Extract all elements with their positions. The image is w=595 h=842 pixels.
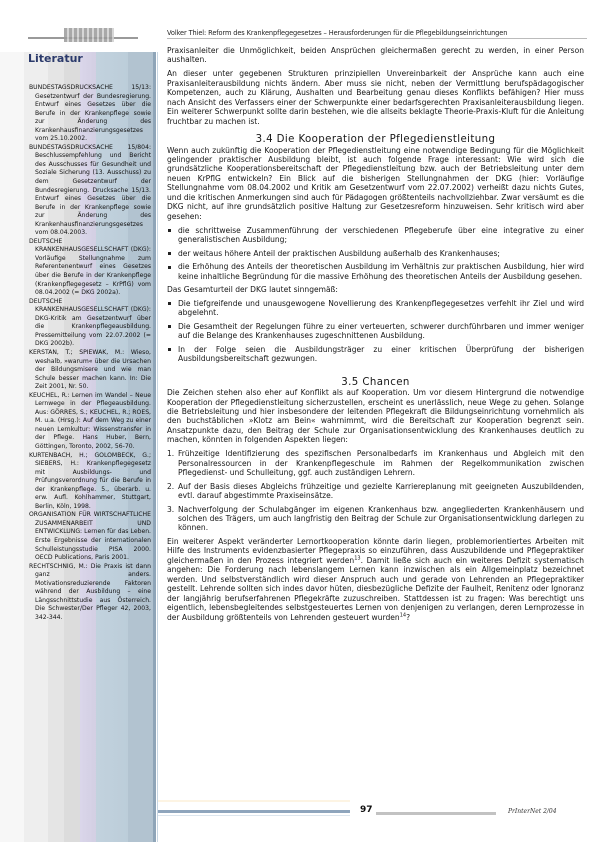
sidebar-border — [153, 52, 156, 842]
reference-item: ORGANISATION FÜR WIRTSCHAFTLICHE ZUSAMME… — [29, 511, 151, 562]
bullet-list: Die tiefgreifende und unausgewogene Nove… — [167, 299, 584, 364]
section-heading-3-4: 3.4 Die Kooperation der Pflegedienstleit… — [167, 135, 584, 144]
running-head: Volker Thiel: Reform des Krankenpflegege… — [167, 29, 587, 37]
paragraph: Ein weiterer Aspekt veränderter Lernortk… — [167, 537, 584, 622]
sidebar-border-highlight — [157, 52, 158, 842]
reference-item: RECHTSCHNIG, M.: Die Praxis ist dann gan… — [29, 563, 151, 623]
paragraph: Die Zeichen stehen also eher auf Konflik… — [167, 388, 584, 445]
reference-item: BUNDESTAGSDRUCKSACHE 15/13: Gesetzentwur… — [29, 84, 151, 144]
bullet-list: die schrittweise Zusammenführung der ver… — [167, 226, 584, 281]
section-heading-3-5: 3.5 Chancen — [167, 378, 584, 387]
reference-item: KERSTAN, T.; SPIEWAK, M.: Wieso, weshalb… — [29, 349, 151, 392]
reference-item: KEUCHEL, R.: Lernen im Wandel – Neue Ler… — [29, 392, 151, 452]
numbered-item: 1.Frühzeitige Identifizierung des spezif… — [167, 449, 584, 477]
paragraph: Das Gesamturteil der DKG lautet sinngemä… — [167, 285, 584, 294]
journal-name: PrInterNet 2/04 — [508, 808, 557, 815]
bullet-item: die schrittweise Zusammenführung der ver… — [167, 226, 584, 245]
bullet-item: Die tiefgreifende und unausgewogene Nove… — [167, 299, 584, 318]
paragraph: Praxisanleiter die Unmöglichkeit, beiden… — [167, 46, 584, 65]
page-number: 97 — [360, 805, 373, 815]
bullet-item: die Erhöhung des Anteils der theoretisch… — [167, 262, 584, 281]
main-text: Praxisanleiter die Unmöglichkeit, beiden… — [167, 46, 584, 627]
sidebar-label: Literatur — [28, 52, 83, 65]
numbered-item: 3.Nachverfolgung der Schulabgänger im ei… — [167, 505, 584, 533]
bullet-item: der weitaus höhere Anteil der praktische… — [167, 249, 584, 258]
header-rule — [167, 38, 587, 39]
reference-item: DEUTSCHE KRANKENHAUSGESELLSCHAFT (DKG): … — [29, 298, 151, 349]
reference-item: KURTENBACH, H.; GOLOMBECK, G.; SIEBERS, … — [29, 452, 151, 512]
logo-mark — [64, 28, 114, 42]
numbered-item: 2.Auf der Basis dieses Abgleichs frühzei… — [167, 482, 584, 501]
footer-bar — [376, 812, 496, 815]
bullet-item: In der Folge seien die Ausbildungsträger… — [167, 345, 584, 364]
journal-logo-icon — [28, 26, 138, 44]
paragraph: An dieser unter gegebenen Strukturen pri… — [167, 69, 584, 126]
paragraph: Wenn auch zukünftig die Kooperation der … — [167, 146, 584, 222]
reference-item: BUNDESTAGSDRUCKSACHE 15/804: Beschlussem… — [29, 144, 151, 238]
reference-item: DEUTSCHE KRANKENHAUSGESELLSCHAFT (DKG): … — [29, 238, 151, 298]
numbered-list: 1.Frühzeitige Identifizierung des spezif… — [167, 449, 584, 533]
footer-rule-accent — [158, 800, 350, 802]
footer-rule — [158, 810, 350, 813]
footer-rule-secondary — [158, 815, 350, 816]
bullet-item: Die Gesamtheit der Regelungen führe zu e… — [167, 322, 584, 341]
reference-list: BUNDESTAGSDRUCKSACHE 15/13: Gesetzentwur… — [29, 84, 151, 622]
